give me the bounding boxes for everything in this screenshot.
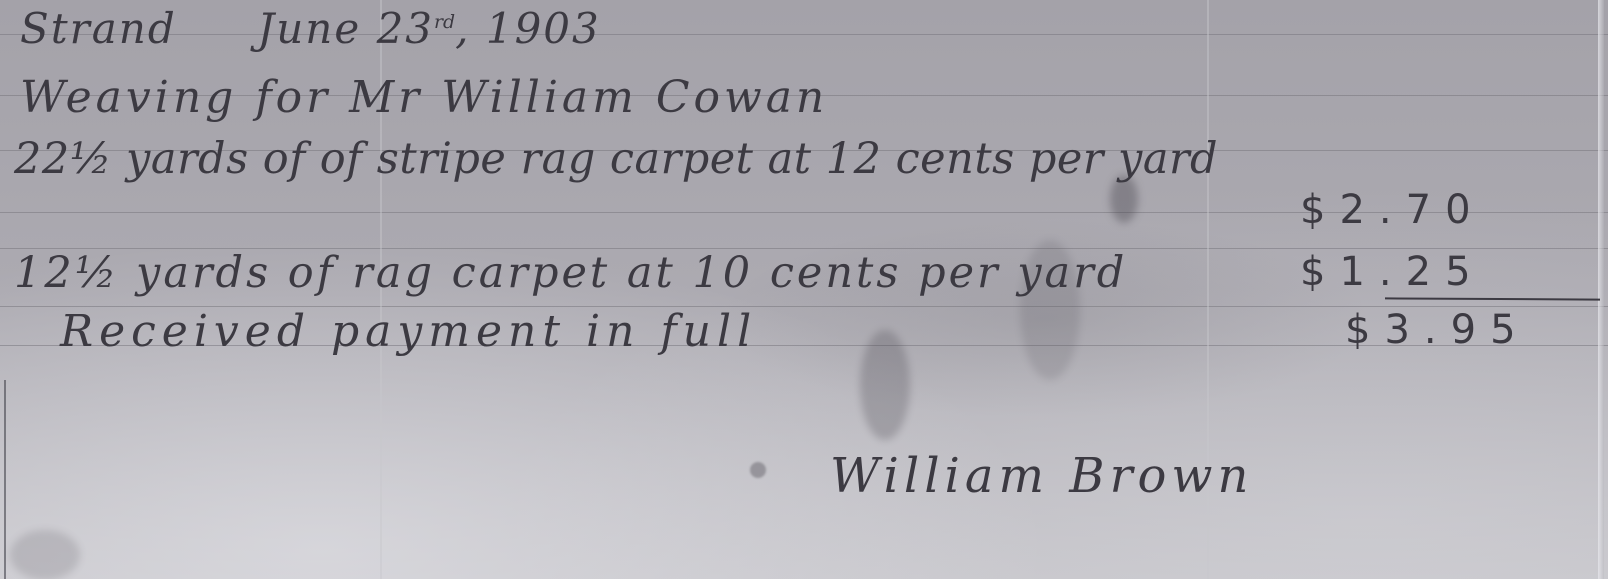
payment-received-text: Received payment in full [60,310,757,354]
total-amount: $3.95 [1345,310,1530,350]
scanned-receipt-page: Strand June 23rd, 1903 Weaving for Mr Wi… [0,0,1608,579]
signature: William Brown [830,452,1253,500]
receipt-title: Weaving for Mr William Cowan [20,76,828,120]
line-item-1-description: 22½ yards of of stripe rag carpet at 12 … [14,138,1218,181]
place-name: Strand [20,4,177,53]
date-month-day: June 23 [257,4,434,53]
line-item-1-amount: $2.70 [1300,190,1485,230]
ink-dot [750,462,766,478]
paper-edge [1598,0,1604,579]
date-year: , 1903 [455,4,601,53]
line-item-2-description: 12½ yards of rag carpet at 10 cents per … [14,252,1127,295]
line-item-2-amount: $1.25 [1300,252,1485,292]
paper-edge [4,380,6,579]
water-stain [860,330,910,440]
receipt-header: Strand June 23rd, 1903 [20,8,601,50]
water-stain [10,530,80,579]
sum-underline [1385,297,1600,300]
date-suffix: rd [434,11,455,33]
